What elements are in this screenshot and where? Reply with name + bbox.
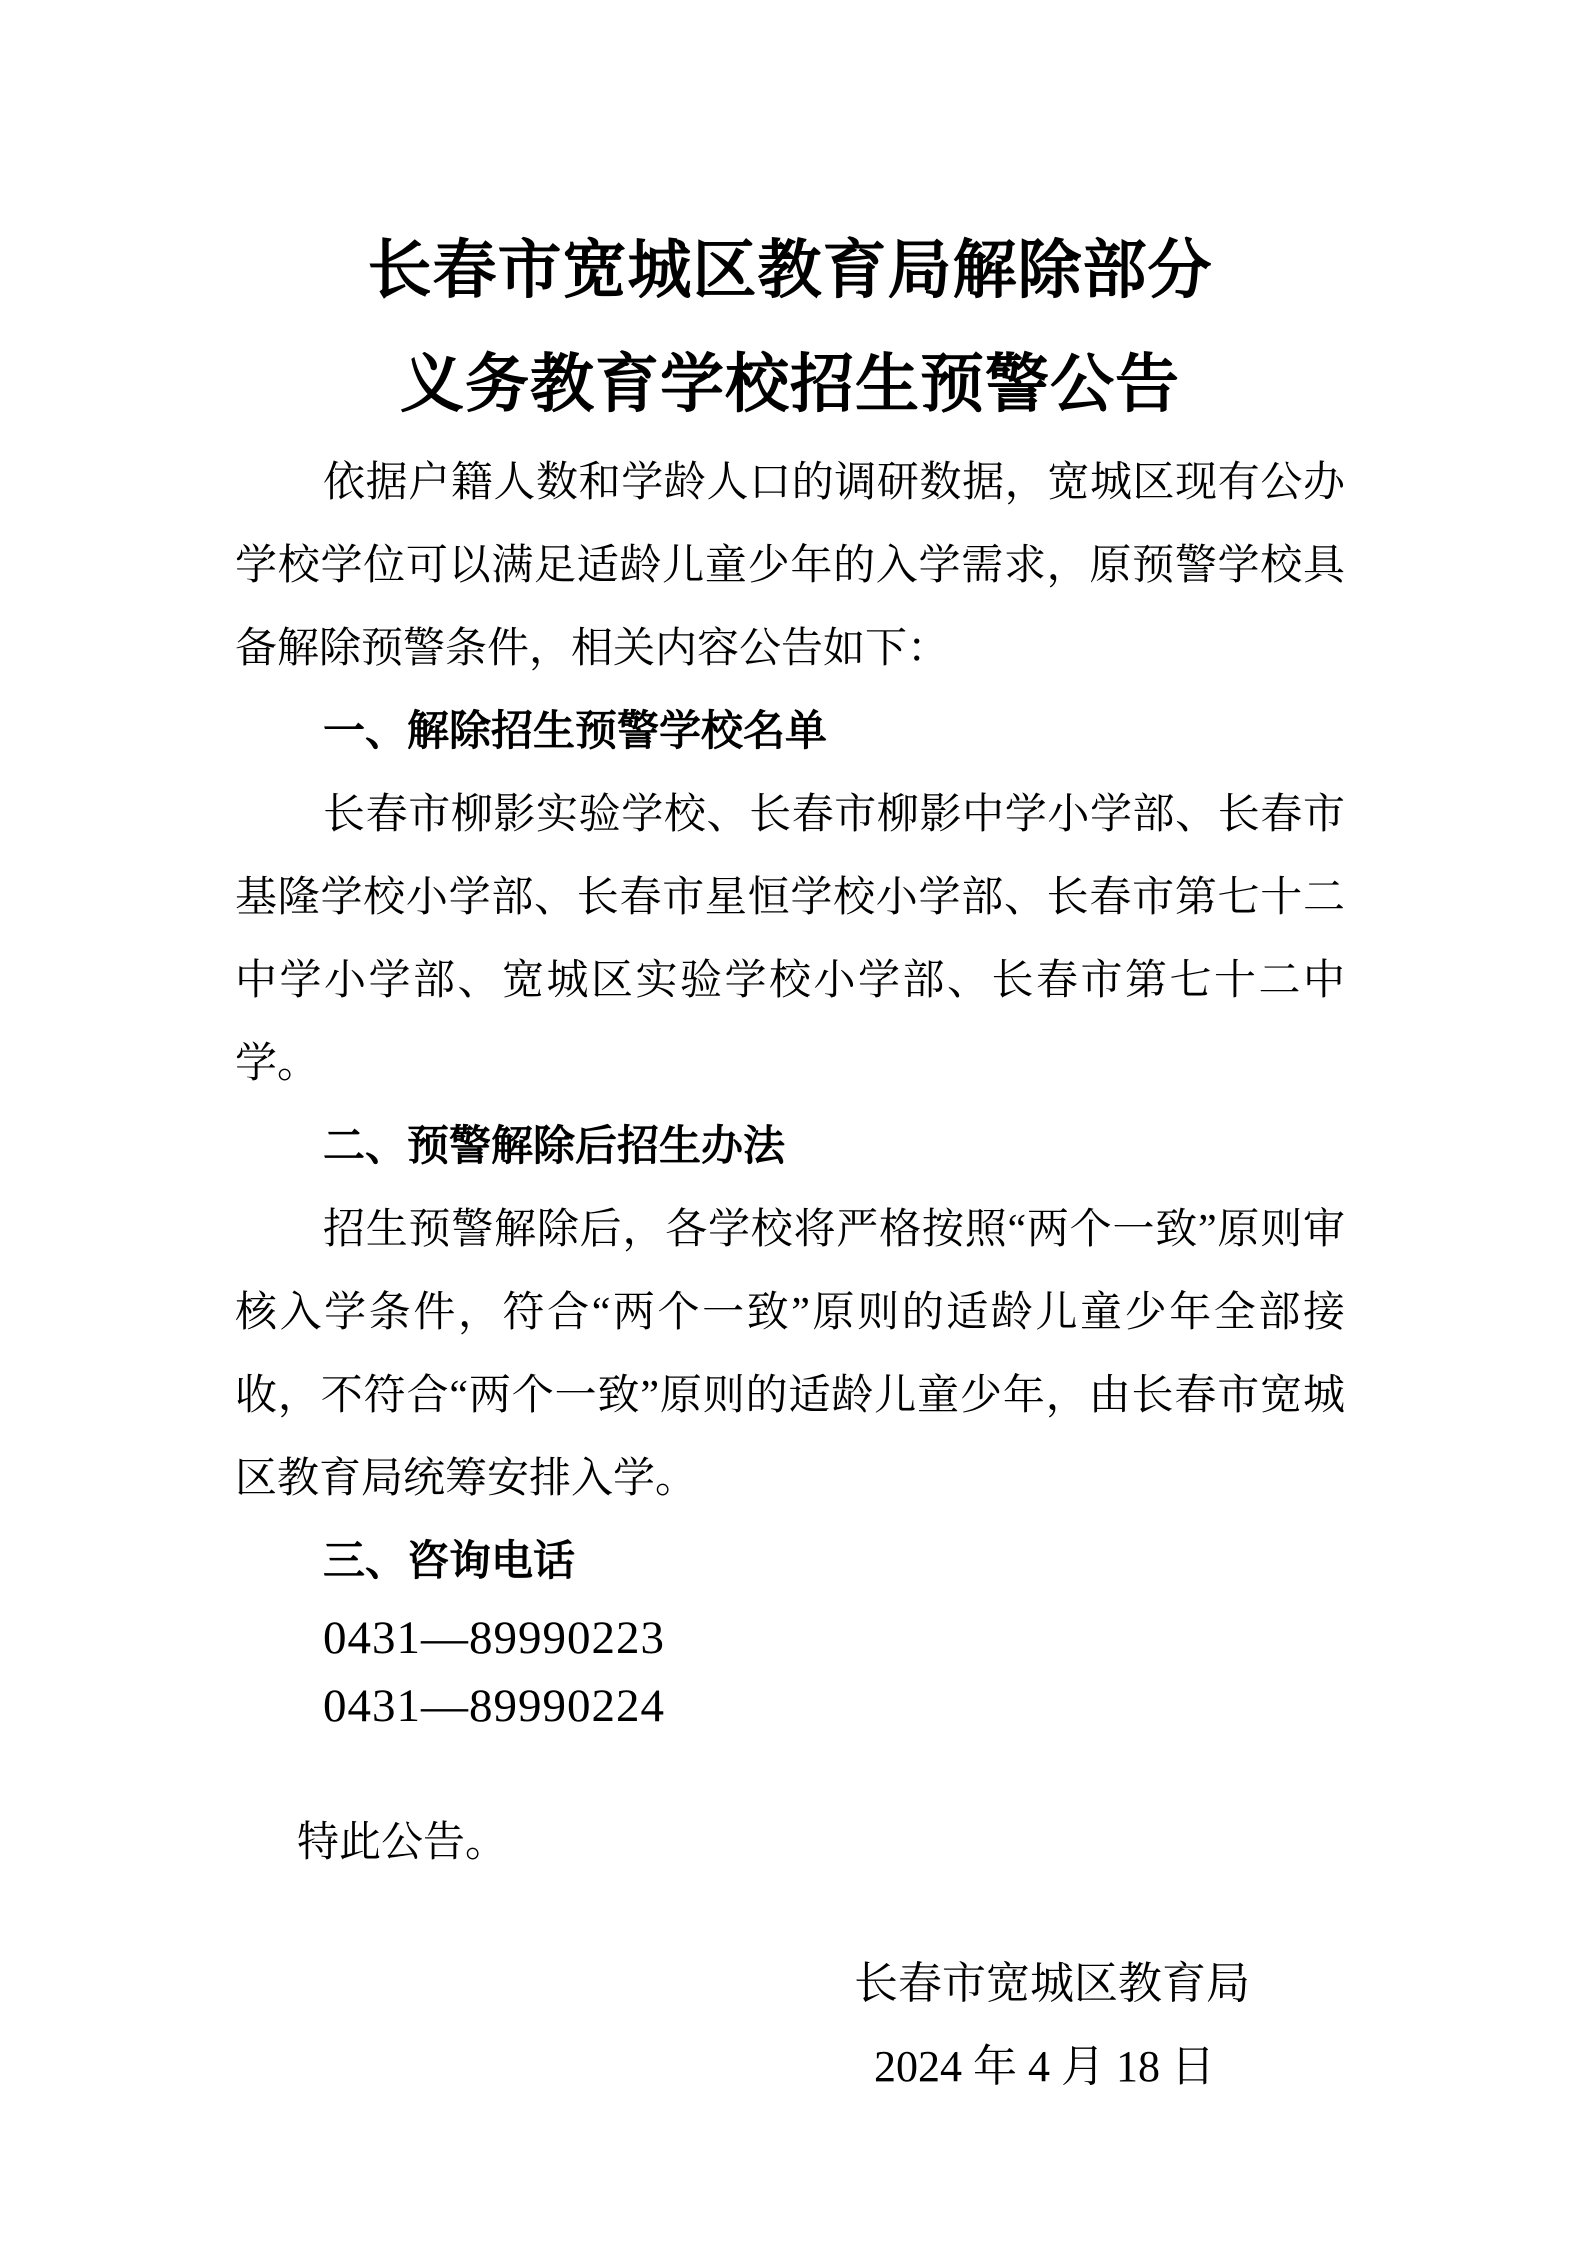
intro-paragraph: 依据户籍人数和学龄人口的调研数据，宽城区现有公办学校学位可以满足适龄儿童少年的入…: [235, 442, 1345, 691]
phone-number-2: 0431—89990224: [235, 1672, 1345, 1740]
phone-number-1: 0431—89990223: [235, 1604, 1345, 1672]
closing-statement: 特此公告。: [235, 1802, 1345, 1885]
doc-title-line-2: 义务教育学校招生预警公告: [235, 328, 1345, 442]
issuer-signature: 长春市宽城区教育局: [235, 1942, 1345, 2025]
enrollment-policy-paragraph: 招生预警解除后，各学校将严格按照“两个一致”原则审核入学条件，符合“两个一致”原…: [235, 1189, 1345, 1521]
section-2-heading: 二、预警解除后招生办法: [235, 1106, 1345, 1189]
school-list-paragraph: 长春市柳影实验学校、长春市柳影中学小学部、长春市基隆学校小学部、长春市星恒学校小…: [235, 774, 1345, 1106]
section-3-heading: 三、咨询电话: [235, 1521, 1345, 1604]
issue-date: 2024 年 4 月 18 日: [235, 2025, 1345, 2108]
section-1-heading: 一、解除招生预警学校名单: [235, 691, 1345, 774]
announcement-page: 长春市宽城区教育局解除部分 义务教育学校招生预警公告 依据户籍人数和学龄人口的调…: [0, 0, 1587, 2245]
doc-title-line-1: 长春市宽城区教育局解除部分: [235, 214, 1345, 328]
